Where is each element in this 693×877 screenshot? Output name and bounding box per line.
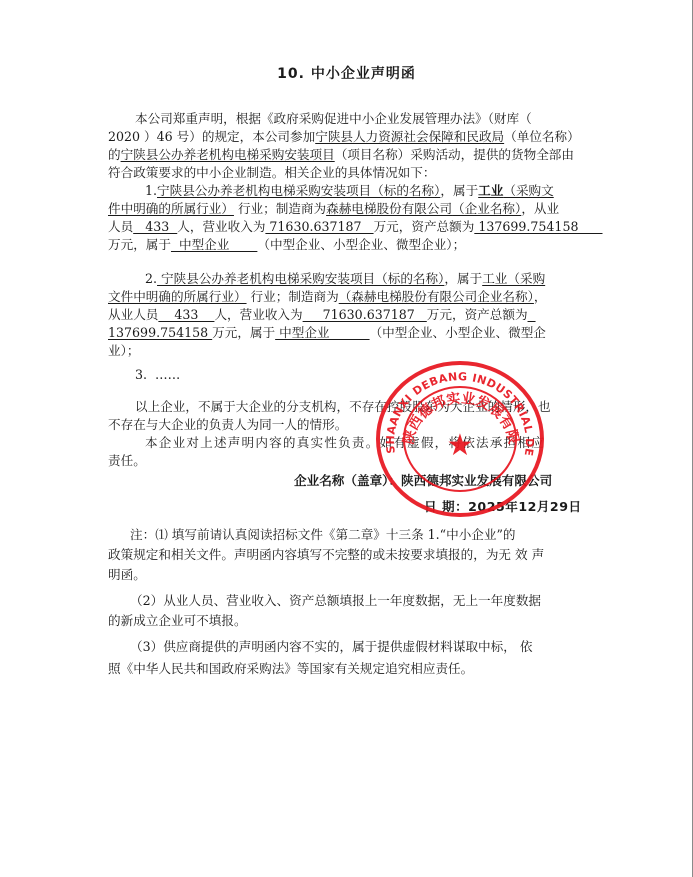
manufacturer-name: 森赫电梯股份有限公司 <box>326 201 452 216</box>
declaration-line-3: 本企业对上述声明内容的真实性负责。如有虚假，将依法承担相应 <box>145 434 545 452</box>
intro-line-3: 的宁陕县公办养老机构电梯采购安装项目（项目名称）采购活动，提供的货物全部由 <box>108 146 574 164</box>
item1-line-3: 人员 433 人，营业收入为 71630.637187 万元，资产总额为 137… <box>108 218 603 236</box>
industry-note: （采购文 <box>503 183 553 198</box>
employees-value: 433 <box>133 219 177 234</box>
project-name: 宁陕县公办养老机构电梯采购安装项目 <box>121 147 335 162</box>
item1-line-4: 万元，属于 中型企业 （中型企业、小型企业、微型企业）； <box>108 236 465 254</box>
item2-line-3: 从业人员 433 人，营业收入为 71630.637187 万元，资产总额为 <box>108 306 536 324</box>
item-text: 行业；制造商为 <box>234 201 326 216</box>
company-label: 企业名称（盖章）： <box>294 473 401 488</box>
note-1-line-3: 明函。 <box>108 566 146 584</box>
item-text: 万元，属于 <box>212 325 275 340</box>
item-text: 从业人员 <box>108 307 158 322</box>
assets-value: 137699.754158 <box>474 219 602 234</box>
item1-line-1: 1.宁陕县公办养老机构电梯采购安装项目（标的名称），属于工业（采购文 <box>145 182 554 200</box>
company-name: 陕西德邦实业发展有限公司 <box>401 473 552 488</box>
intro-text: （单位名称） <box>504 129 580 144</box>
employees-value: 433 <box>158 307 214 322</box>
revenue-value: 71630.637187 <box>265 219 373 234</box>
item3-line: 3. …… <box>135 366 180 384</box>
item-text: （中型企业、小型企业、微型企 <box>370 325 546 340</box>
purchaser-name: 宁陕县人力资源社会保障和民政局 <box>315 129 504 144</box>
intro-text: 2020 ）46 号）的规定，本公司参加 <box>108 129 315 144</box>
item-text: （中型企业、小型企业、微型企业）； <box>257 237 465 252</box>
item-text: 行业；制造商为 <box>247 289 339 304</box>
manufacturer-note: （企业名称） <box>452 201 521 216</box>
note-2-line-1: （2）从业人员、营业收入、资产总额填报上一年度数据，无上一年度数据 <box>130 592 541 610</box>
item2-line-5: 业）； <box>108 342 139 360</box>
item-text: 万元，资产总额为 <box>374 219 475 234</box>
note-3-line-2: 照《中华人民共和国政府采购法》等国家有关规定追究相应责任。 <box>108 660 473 678</box>
date-label: 日 期： <box>424 499 468 514</box>
signature-date: 日 期：2025年12月29日 <box>424 496 582 515</box>
revenue-value: 71630.637187 <box>303 307 427 322</box>
item2-line-2: 文件中明确的所属行业） 行业；制造商为（森赫电梯股份有限公司企业名称）， <box>108 288 547 306</box>
intro-line-4: 符合政策要求的中小企业制造。相关企业的具体情况如下： <box>108 164 435 182</box>
date-value: 2025年12月29日 <box>468 499 581 514</box>
intro-text: （项目名称）采购活动，提供的货物全部由 <box>335 147 574 162</box>
note-2-line-2: 的新成立企业可不填报。 <box>108 612 247 630</box>
page-title: 10. 中小企业声明函 <box>0 63 693 83</box>
item-text: ，属于 <box>440 183 478 198</box>
assets-value <box>528 307 536 322</box>
item-number: 2. <box>145 271 157 286</box>
industry-value: 工业（采购 <box>482 271 545 286</box>
enterprise-type-value: 中型企业 <box>275 325 369 340</box>
manufacturer-name: （森赫电梯股份有限公司企业名称） <box>339 289 534 304</box>
item1-line-2: 件中明确的所属行业） 行业；制造商为森赫电梯股份有限公司（企业名称），从业 <box>108 200 559 218</box>
item-text: 人，营业收入为 <box>177 219 265 234</box>
item-text: ，属于 <box>444 271 482 286</box>
company-signature: 企业名称（盖章）：陕西德邦实业发展有限公司 <box>294 470 552 489</box>
intro-text: 的 <box>108 147 121 162</box>
note-1-line-2: 政策规定和相关文件。声明函内容填写不完整的或未按要求填报的，为无 效 声 <box>108 546 544 564</box>
industry-value: 工业 <box>478 183 503 198</box>
industry-note: 文件中明确的所属行业） <box>108 289 247 304</box>
intro-line-2: 2020 ）46 号）的规定，本公司参加宁陕县人力资源社会保障和民政局（单位名称… <box>108 128 580 146</box>
subject-name: 宁陕县公办养老机构电梯采购安装项目（标的名称） <box>157 271 444 286</box>
declaration-line-2: 不存在与大企业的负责人为同一人的情形。 <box>108 416 347 434</box>
subject-name: 宁陕县公办养老机构电梯采购安装项目（标的名称） <box>157 183 440 198</box>
intro-line-1: 本公司郑重声明，根据《政府采购促进中小企业发展管理办法》（财库（ <box>135 110 532 128</box>
assets-value: 137699.754158 <box>108 325 212 340</box>
declaration-line-1: 以上企业，不属于大企业的分支机构，不存在控股股东为大企业的情形，也 <box>135 398 551 416</box>
item2-line-1: 2. 宁陕县公办养老机构电梯采购安装项目（标的名称），属于工业（采购 <box>145 270 545 288</box>
item-text: ，从业 <box>521 201 559 216</box>
item-text: 人员 <box>108 219 133 234</box>
industry-note: 件中明确的所属行业） <box>108 201 234 216</box>
declaration-line-4: 责任。 <box>108 452 146 470</box>
item2-line-4: 137699.754158 万元，属于 中型企业 （中型企业、小型企业、微型企 <box>108 324 546 342</box>
item-text: 万元，资产总额为 <box>427 307 528 322</box>
item-text: 万元，属于 <box>108 237 171 252</box>
enterprise-type-value: 中型企业 <box>171 237 257 252</box>
item-number: 1. <box>145 183 157 198</box>
item-text: ， <box>534 289 547 304</box>
note-1-line-1: 注：⑴ 填写前请认真阅读招标文件《第二章》十三条 1.“中小企业”的 <box>130 526 516 544</box>
item-text: 人，营业收入为 <box>214 307 302 322</box>
note-3-line-1: （3）供应商提供的声明函内容不实的，属于提供虚假材料谋取中标， 依 <box>130 638 532 656</box>
